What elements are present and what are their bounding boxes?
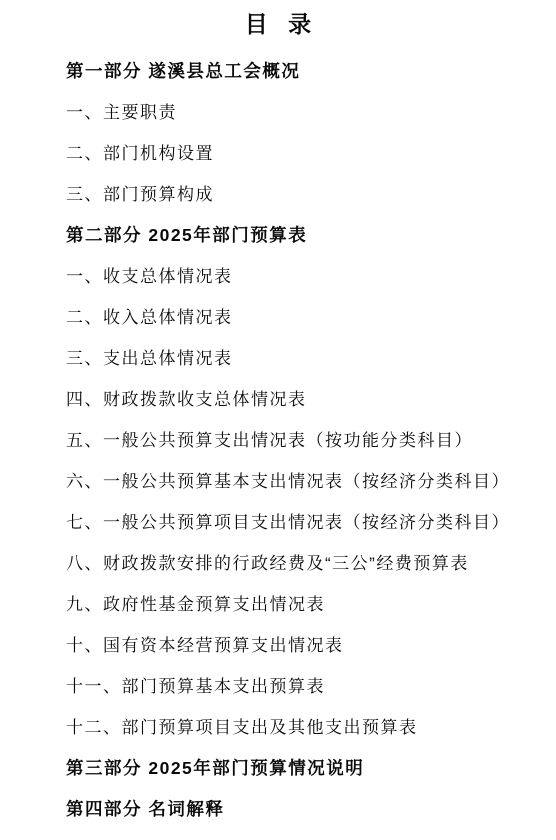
toc-entry: 十二、部门预算项目支出及其他支出预算表: [66, 717, 526, 738]
toc-entry: 九、政府性基金预算支出情况表: [66, 594, 526, 615]
toc-entry: 十、国有资本经营预算支出情况表: [66, 635, 526, 656]
table-of-contents: 第一部分 遂溪县总工会概况 一、主要职责 二、部门机构设置 三、部门预算构成 第…: [0, 61, 556, 820]
toc-entry: 七、一般公共预算项目支出情况表（按经济分类科目）: [66, 512, 526, 533]
toc-entry: 四、财政拨款收支总体情况表: [66, 389, 526, 410]
page-title: 目 录: [0, 0, 556, 38]
toc-entry: 六、一般公共预算基本支出情况表（按经济分类科目）: [66, 471, 526, 492]
toc-entry: 十一、部门预算基本支出预算表: [66, 676, 526, 697]
toc-part-heading: 第二部分 2025年部门预算表: [66, 225, 526, 246]
toc-entry: 一、主要职责: [66, 102, 526, 123]
toc-part-heading: 第一部分 遂溪县总工会概况: [66, 61, 526, 82]
toc-entry: 二、收入总体情况表: [66, 307, 526, 328]
toc-entry: 二、部门机构设置: [66, 143, 526, 164]
toc-entry: 八、财政拨款安排的行政经费及“三公”经费预算表: [66, 553, 526, 574]
toc-entry: 三、部门预算构成: [66, 184, 526, 205]
toc-part-heading: 第四部分 名词解释: [66, 799, 526, 820]
toc-part-heading: 第三部分 2025年部门预算情况说明: [66, 758, 526, 779]
toc-entry: 一、收支总体情况表: [66, 266, 526, 287]
document-page: 目 录 第一部分 遂溪县总工会概况 一、主要职责 二、部门机构设置 三、部门预算…: [0, 0, 556, 840]
toc-entry: 五、一般公共预算支出情况表（按功能分类科目）: [66, 430, 526, 451]
toc-entry: 三、支出总体情况表: [66, 348, 526, 369]
